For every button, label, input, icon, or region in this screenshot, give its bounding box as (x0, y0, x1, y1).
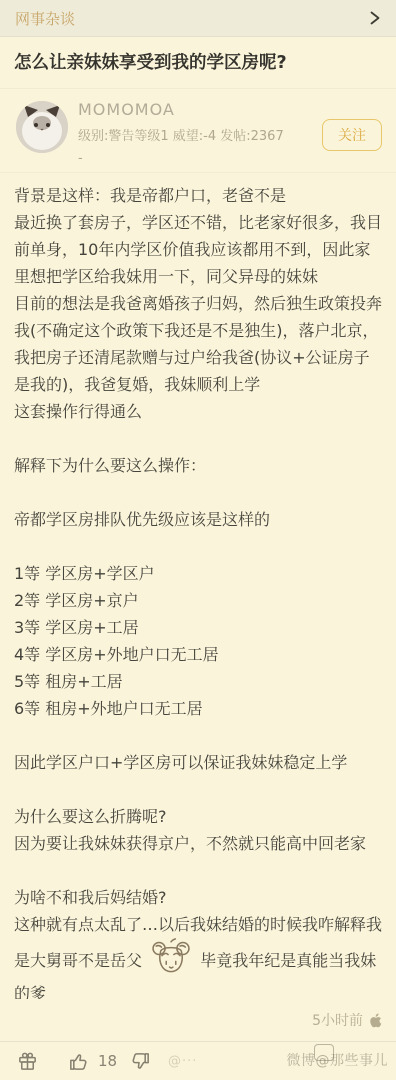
body-paragraph: 1等 学区房+学区户 (14, 560, 382, 587)
body-paragraph (14, 479, 382, 506)
topbar: 网事杂谈 (0, 0, 396, 37)
body-paragraph: 这套操作行得通么 (14, 398, 382, 425)
body-paragraph: 解释下为什么要这么操作： (14, 452, 382, 479)
watermark-right: 微博@那些事儿 (287, 1050, 389, 1070)
thumbs-up-icon (67, 1050, 90, 1073)
body-paragraph: 背景是这样：我是帝都户口，老爸不是 (14, 182, 382, 209)
avatar[interactable] (16, 101, 68, 153)
body-paragraph: 5等 租房+工居 (14, 668, 382, 695)
thumbs-down-icon (129, 1050, 152, 1073)
body-paragraph: 4等 学区房+外地户口无工居 (14, 641, 382, 668)
follow-button[interactable]: 关注 (322, 119, 382, 151)
body-paragraph: 6等 租房+外地户口无工居 (14, 695, 382, 722)
body-paragraph (14, 776, 382, 803)
gift-button[interactable] (16, 1050, 39, 1073)
body-paragraph: 3等 学区房+工居 (14, 614, 382, 641)
watermark-center: @··· (168, 1054, 197, 1069)
body-paragraph: 帝都学区房排队优先级应该是这样的 (14, 506, 382, 533)
time-row: 5小时前 (312, 1010, 382, 1030)
title-section: 怎么让亲妹妹享受到我的学区房呢? (0, 37, 396, 89)
board-name-link[interactable]: 网事杂谈 (15, 8, 75, 29)
chevron-right-icon[interactable] (369, 11, 381, 25)
thumbs-down-button[interactable] (129, 1050, 152, 1073)
user-signature: - (78, 151, 382, 166)
apple-logo-icon (369, 1013, 382, 1028)
body-paragraph (14, 722, 382, 749)
body-paragraph (14, 857, 382, 884)
thumbs-up-button[interactable] (67, 1050, 90, 1073)
body-paragraph: 目前的想法是我爸离婚孩子归妈，然后独生政策投奔我(不确定这个政策下我还是不是独生… (14, 290, 382, 398)
user-section: MOMOMOA 级别:警告等级1 威望:-4 发帖:2367 - 关注 (0, 89, 396, 173)
body-paragraph: 为什么要这么折腾呢? (14, 803, 382, 830)
body-paragraph: 为啥不和我后妈结婚? (14, 884, 382, 911)
username[interactable]: MOMOMOA (78, 100, 382, 119)
body-paragraph: 最近换了套房子，学区还不错，比老家好很多，我目前单身，10年内学区价值我应该都用… (14, 209, 382, 290)
post-time: 5小时前 (312, 1010, 363, 1030)
body-paragraph: 2等 学区房+京户 (14, 587, 382, 614)
body-paragraph (14, 533, 382, 560)
girl-emoticon-icon (150, 938, 192, 980)
post-title: 怎么让亲妹妹享受到我的学区房呢? (14, 52, 382, 75)
post-body: 背景是这样：我是帝都户口，老爸不是最近换了套房子，学区还不错，比老家好很多，我目… (0, 173, 396, 999)
like-count: 18 (98, 1052, 117, 1070)
body-paragraph (14, 425, 382, 452)
body-paragraph: 因此学区户口+学区房可以保证我妹妹稳定上学 (14, 749, 382, 776)
gift-icon (16, 1050, 39, 1073)
body-paragraph: 这种就有点太乱了…以后我妹结婚的时候我咋解释我是大舅哥不是岳父 毕竟我年纪是真能… (14, 911, 382, 999)
body-paragraph: 因为要让我妹妹获得京户，不然就只能高中回老家 (14, 830, 382, 857)
